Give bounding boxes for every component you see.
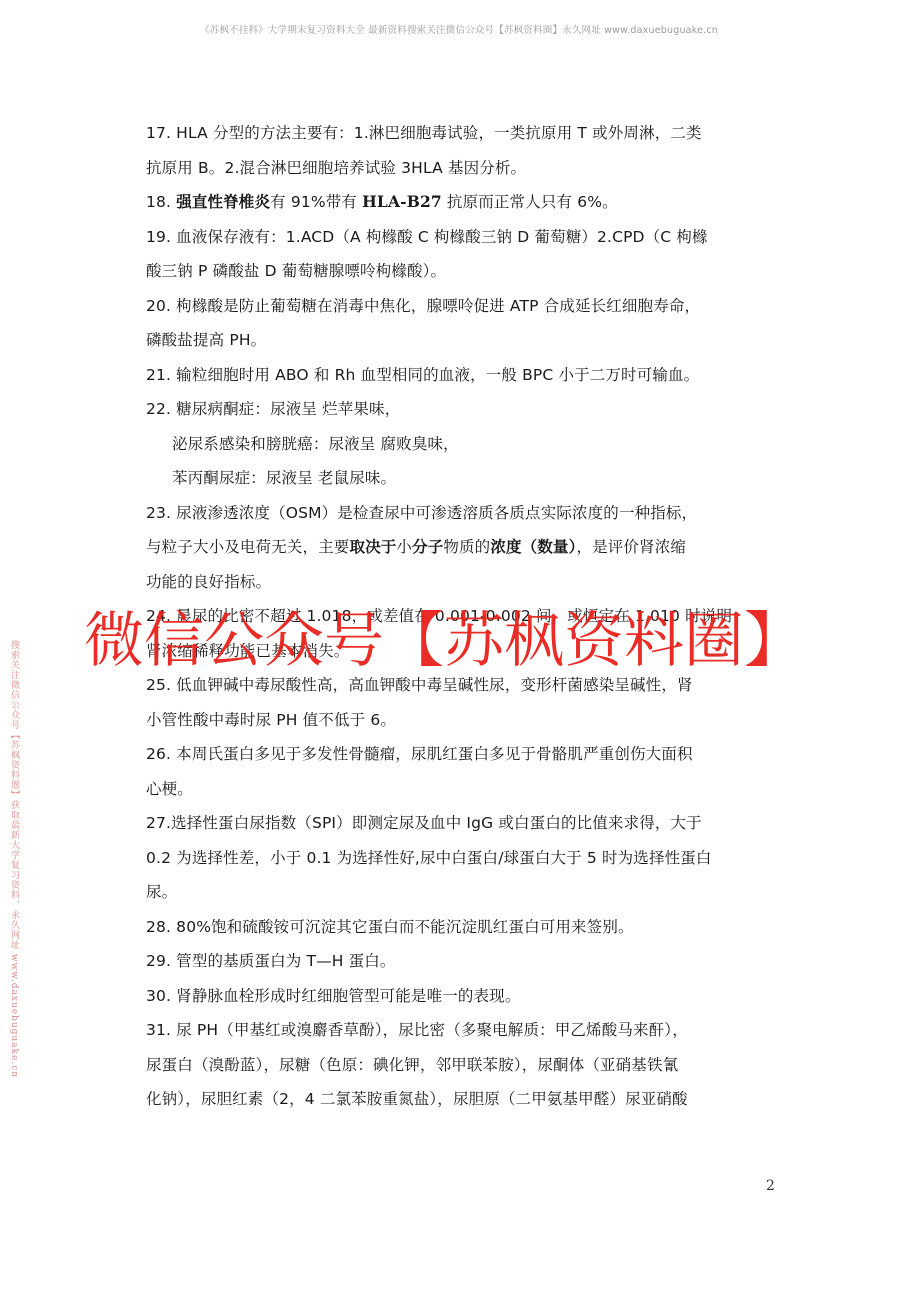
item-25-line-2: 小管性酸中毒时尿 PH 值不低于 6。 — [146, 703, 778, 738]
item-29: 29. 管型的基质蛋白为 T—H 蛋白。 — [146, 944, 778, 979]
side-watermark-note: 搜索关注微信公众号【苏枫资料圈】获取最新大学复习资料，永久网址 www.daxu… — [6, 640, 18, 1078]
item-23-bold-text: 取决于 — [349, 538, 396, 556]
item-22-line-2: 泌尿系感染和膀胱癌：尿液呈 腐败臭味， — [146, 427, 778, 462]
item-31-line-3: 化钠），尿胆红素（2，4 二氯苯胺重氮盐），尿胆原（二甲氨基甲醛）尿亚硝酸 — [146, 1082, 778, 1117]
item-27-line-1: 27.选择性蛋白尿指数（SPI）即测定尿及血中 IgG 或白蛋白的比值来求得，大… — [146, 806, 778, 841]
item-26-line-1: 26. 本周氏蛋白多见于多发性骨髓瘤，尿肌红蛋白多见于骨骼肌严重创伤大面积 — [146, 737, 778, 772]
item-23-bold-text: 分子 — [412, 538, 443, 556]
item-23-line-3: 功能的良好指标。 — [146, 565, 778, 600]
item-26-line-2: 心梗。 — [146, 772, 778, 807]
document-body: 17. HLA 分型的方法主要有：1.淋巴细胞毒试验，一类抗原用 T 或外周淋，… — [146, 116, 778, 1117]
item-18-mid: 有 91%带有 — [270, 193, 362, 211]
item-17: 17. HLA 分型的方法主要有：1.淋巴细胞毒试验，一类抗原用 T 或外周淋，… — [146, 116, 778, 185]
item-23-line-2: 与粒子大小及电荷无关，主要取决于小分子物质的浓度（数量），是评价肾浓缩 — [146, 530, 778, 565]
item-20-line-2: 磷酸盐提高 PH。 — [146, 323, 778, 358]
item-25-line-1: 25. 低血钾碱中毒尿酸性高，高血钾酸中毒呈碱性尿，变形杆菌感染呈碱性，肾 — [146, 668, 778, 703]
item-28-line-1: 28. 80%饱和硫酸铵可沉淀其它蛋白而不能沉淀肌红蛋白可用来签别。 — [146, 910, 778, 945]
item-31-line-1: 31. 尿 PH（甲基红或溴麝香草酚），尿比密（多聚电解质：甲乙烯酸马来酐）， — [146, 1013, 778, 1048]
item-28: 28. 80%饱和硫酸铵可沉淀其它蛋白而不能沉淀肌红蛋白可用来签别。 — [146, 910, 778, 945]
item-31-line-2: 尿蛋白（溴酚蓝），尿糖（色原：碘化钾，邻甲联苯胺），尿酮体（亚硝基铁氰 — [146, 1048, 778, 1083]
item-17-line-2: 抗原用 B。2.混合淋巴细胞培养试验 3HLA 基因分析。 — [146, 151, 778, 186]
item-24: 24. 晨尿的比密不超过 1.018，或差值在 0.001-0.002 间，或恒… — [146, 599, 778, 668]
item-24-line-2: 肾浓缩稀释功能已基本消失。 — [146, 634, 778, 669]
item-31: 31. 尿 PH（甲基红或溴麝香草酚），尿比密（多聚电解质：甲乙烯酸马来酐）， … — [146, 1013, 778, 1117]
item-22: 22. 糖尿病酮症：尿液呈 烂苹果味， 泌尿系感染和膀胱癌：尿液呈 腐败臭味， … — [146, 392, 778, 496]
item-22-line-3: 苯丙酮尿症：尿液呈 老鼠尿味。 — [146, 461, 778, 496]
item-21-line-1: 21. 输粒细胞时用 ABO 和 Rh 血型相同的血液，一般 BPC 小于二万时… — [146, 358, 778, 393]
item-21: 21. 输粒细胞时用 ABO 和 Rh 血型相同的血液，一般 BPC 小于二万时… — [146, 358, 778, 393]
item-30: 30. 肾静脉血栓形成时红细胞管型可能是唯一的表现。 — [146, 979, 778, 1014]
item-30-line-1: 30. 肾静脉血栓形成时红细胞管型可能是唯一的表现。 — [146, 979, 778, 1014]
item-23-bold-text: 浓度（数量） — [490, 538, 576, 556]
item-27-line-3: 尿。 — [146, 875, 778, 910]
item-18-line-1: 18. 强直性脊椎炎有 91%带有 HLA-B27 抗原而正常人只有 6%。 — [146, 185, 778, 220]
item-18-suffix: 抗原而正常人只有 6%。 — [442, 193, 618, 211]
item-25: 25. 低血钾碱中毒尿酸性高，高血钾酸中毒呈碱性尿，变形杆菌感染呈碱性，肾 小管… — [146, 668, 778, 737]
item-26: 26. 本周氏蛋白多见于多发性骨髓瘤，尿肌红蛋白多见于骨骼肌严重创伤大面积 心梗… — [146, 737, 778, 806]
item-18-prefix: 18. — [146, 193, 176, 211]
item-22-line-1: 22. 糖尿病酮症：尿液呈 烂苹果味， — [146, 392, 778, 427]
item-27: 27.选择性蛋白尿指数（SPI）即测定尿及血中 IgG 或白蛋白的比值来求得，大… — [146, 806, 778, 910]
item-23-text: ，是评价肾浓缩 — [576, 538, 686, 556]
item-23: 23. 尿液渗透浓度（OSM）是检查尿中可渗透溶质各质点实际浓度的一种指标， 与… — [146, 496, 778, 600]
item-23-text: 小 — [396, 538, 412, 556]
item-18-bold-disease: 强直性脊椎炎 — [176, 193, 270, 211]
item-24-line-1: 24. 晨尿的比密不超过 1.018，或差值在 0.001-0.002 间，或恒… — [146, 599, 778, 634]
item-18-bold-antigen: HLA-B27 — [362, 192, 442, 211]
item-20: 20. 枸橼酸是防止葡萄糖在消毒中焦化，腺嘌呤促进 ATP 合成延长红细胞寿命，… — [146, 289, 778, 358]
item-18: 18. 强直性脊椎炎有 91%带有 HLA-B27 抗原而正常人只有 6%。 — [146, 185, 778, 220]
item-23-line-1: 23. 尿液渗透浓度（OSM）是检查尿中可渗透溶质各质点实际浓度的一种指标， — [146, 496, 778, 531]
item-19-line-2: 酸三钠 P 磷酸盐 D 葡萄糖腺嘌呤枸橼酸）。 — [146, 254, 778, 289]
item-27-line-2: 0.2 为选择性差，小于 0.1 为选择性好,尿中白蛋白/球蛋白大于 5 时为选… — [146, 841, 778, 876]
item-29-line-1: 29. 管型的基质蛋白为 T—H 蛋白。 — [146, 944, 778, 979]
page-header-note: 《苏枫不挂科》大学期末复习资料大全 最新资料搜索关注微信公众号【苏枫资料圈】永久… — [0, 22, 918, 36]
item-23-text: 与粒子大小及电荷无关，主要 — [146, 538, 349, 556]
item-20-line-1: 20. 枸橼酸是防止葡萄糖在消毒中焦化，腺嘌呤促进 ATP 合成延长红细胞寿命， — [146, 289, 778, 324]
item-23-text: 物质的 — [443, 538, 490, 556]
page-number: 2 — [766, 1178, 775, 1194]
item-17-line-1: 17. HLA 分型的方法主要有：1.淋巴细胞毒试验，一类抗原用 T 或外周淋，… — [146, 116, 778, 151]
item-19-line-1: 19. 血液保存液有：1.ACD（A 枸橼酸 C 枸橼酸三钠 D 葡萄糖）2.C… — [146, 220, 778, 255]
item-19: 19. 血液保存液有：1.ACD（A 枸橼酸 C 枸橼酸三钠 D 葡萄糖）2.C… — [146, 220, 778, 289]
